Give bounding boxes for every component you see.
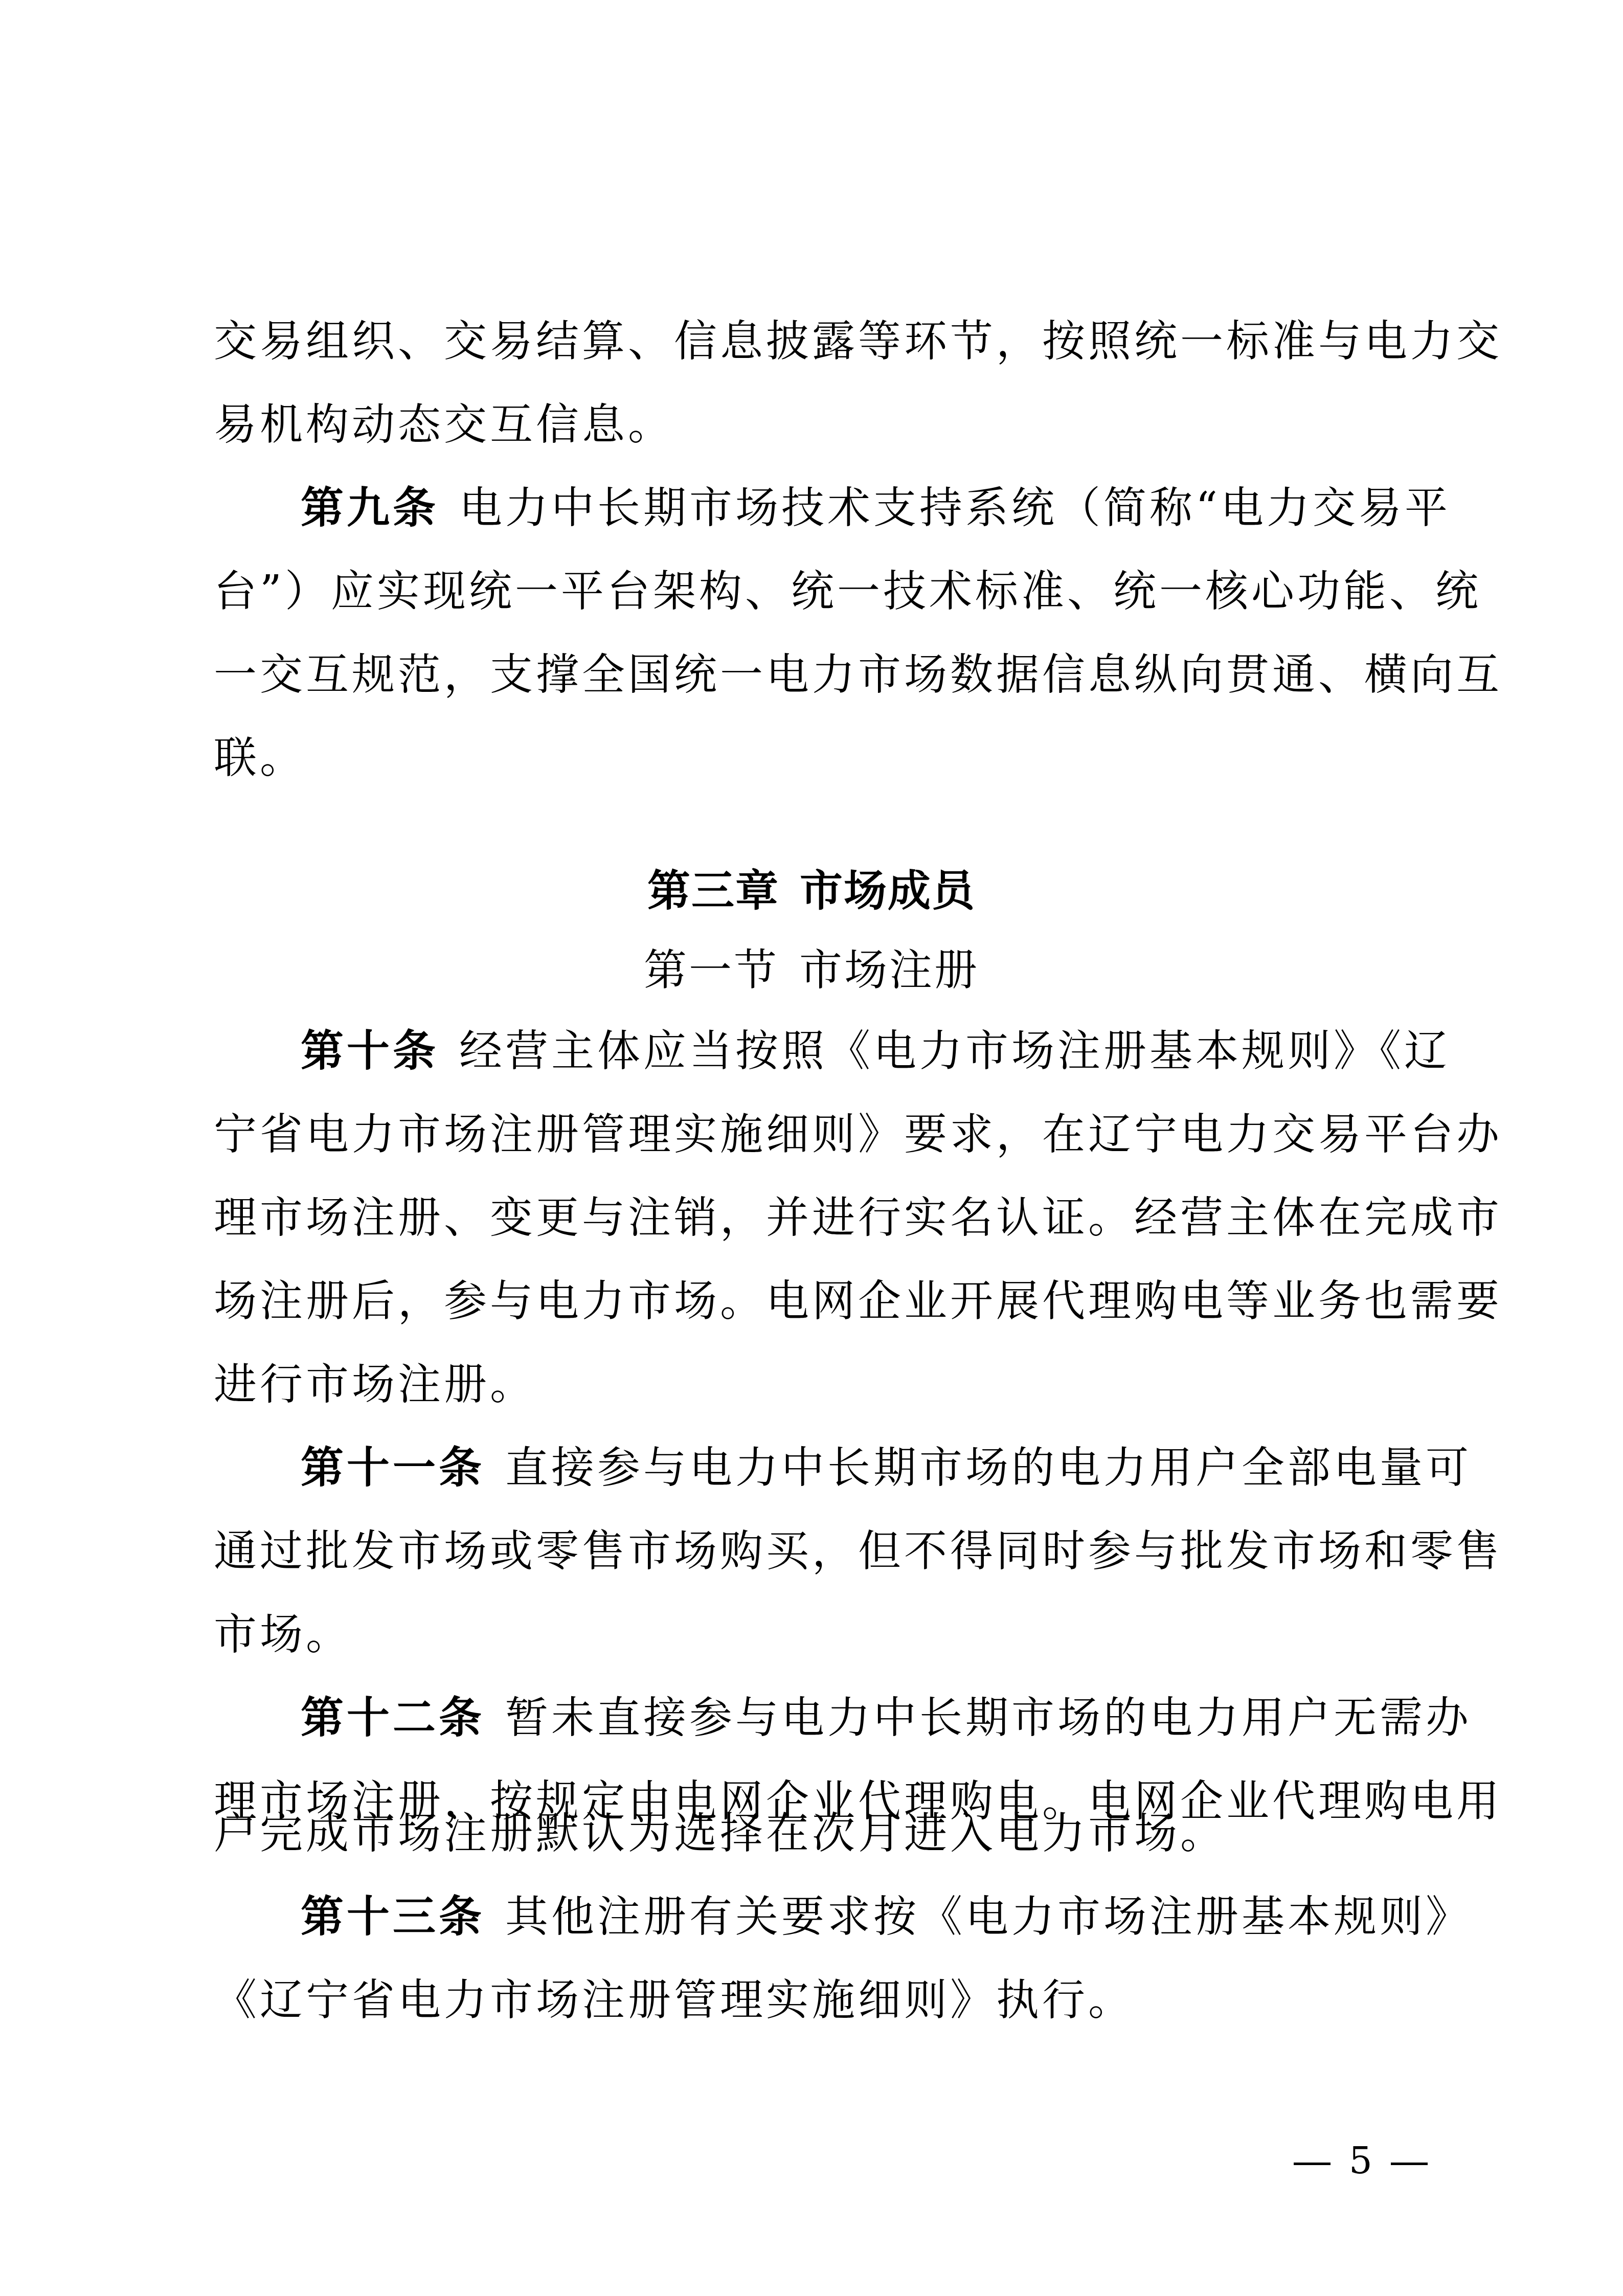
dash-decoration xyxy=(1294,2163,1331,2165)
paragraph-line: 一交互规范，支撑全国统一电力市场数据信息纵向贯通、横向互 xyxy=(214,646,1421,703)
paragraph-line: 交易组织、交易结算、信息披露等环节，按照统一标准与电力交 xyxy=(214,313,1421,369)
paragraph-line: 宁省电力市场注册管理实施细则》要求，在辽宁电力交易平台办 xyxy=(214,1106,1421,1162)
paragraph-line: 户完成市场注册默认为选择在次月进入电力市场。 xyxy=(214,1805,1421,1861)
article-text: 经营主体应当按照《电力市场注册基本规则》《辽 xyxy=(459,1026,1450,1076)
section-heading: 第一节市场注册 xyxy=(0,942,1623,998)
article-text: 暂未直接参与电力中长期市场的电力用户无需办 xyxy=(505,1693,1472,1743)
chapter-name: 市场成员 xyxy=(800,866,976,916)
article-label: 第十三条 xyxy=(301,1892,485,1942)
paragraph-line: 台”）应实现统一平台架构、统一技术标准、统一核心功能、统 xyxy=(214,563,1421,619)
article-label: 第十一条 xyxy=(301,1443,485,1493)
dash-decoration xyxy=(1391,2163,1428,2165)
article-12-first-line: 第十二条暂未直接参与电力中长期市场的电力用户无需办 xyxy=(301,1690,1421,1746)
chapter-title: 第三章 xyxy=(647,866,779,916)
paragraph-line: 理市场注册、变更与注销，并进行实名认证。经营主体在完成市 xyxy=(214,1189,1421,1246)
paragraph-line: 市场。 xyxy=(214,1606,1421,1662)
article-text: 电力中长期市场技术支持系统（简称“电力交易平 xyxy=(459,483,1451,533)
paragraph-line: 场注册后，参与电力市场。电网企业开展代理购电等业务也需要 xyxy=(214,1273,1421,1329)
article-9-first-line: 第九条电力中长期市场技术支持系统（简称“电力交易平 xyxy=(301,480,1421,536)
article-label: 第十二条 xyxy=(301,1693,485,1743)
article-text: 其他注册有关要求按《电力市场注册基本规则》 xyxy=(505,1892,1472,1942)
article-11-first-line: 第十一条直接参与电力中长期市场的电力用户全部电量可 xyxy=(301,1439,1421,1496)
chapter-heading: 第三章市场成员 xyxy=(0,863,1623,919)
article-label: 第十条 xyxy=(301,1026,439,1076)
document-page: 交易组织、交易结算、信息披露等环节，按照统一标准与电力交 易机构动态交互信息。 … xyxy=(0,0,1623,2296)
section-title: 第一节 xyxy=(644,945,779,995)
paragraph-line: 通过批发市场或零售市场购买，但不得同时参与批发市场和零售 xyxy=(214,1523,1421,1579)
article-text: 直接参与电力中长期市场的电力用户全部电量可 xyxy=(505,1443,1472,1493)
paragraph-line: 《辽宁省电力市场注册管理实施细则》执行。 xyxy=(214,1972,1421,2028)
paragraph-line: 易机构动态交互信息。 xyxy=(214,396,1421,453)
article-10-first-line: 第十条经营主体应当按照《电力市场注册基本规则》《辽 xyxy=(301,1023,1421,1079)
paragraph-line: 进行市场注册。 xyxy=(214,1356,1421,1412)
section-name: 市场注册 xyxy=(799,945,979,995)
page-number: 5 xyxy=(1283,2137,1437,2184)
article-13-first-line: 第十三条其他注册有关要求按《电力市场注册基本规则》 xyxy=(301,1888,1421,1945)
article-label: 第九条 xyxy=(301,483,439,533)
page-number-value: 5 xyxy=(1349,2139,1372,2182)
paragraph-line: 联。 xyxy=(214,730,1421,786)
